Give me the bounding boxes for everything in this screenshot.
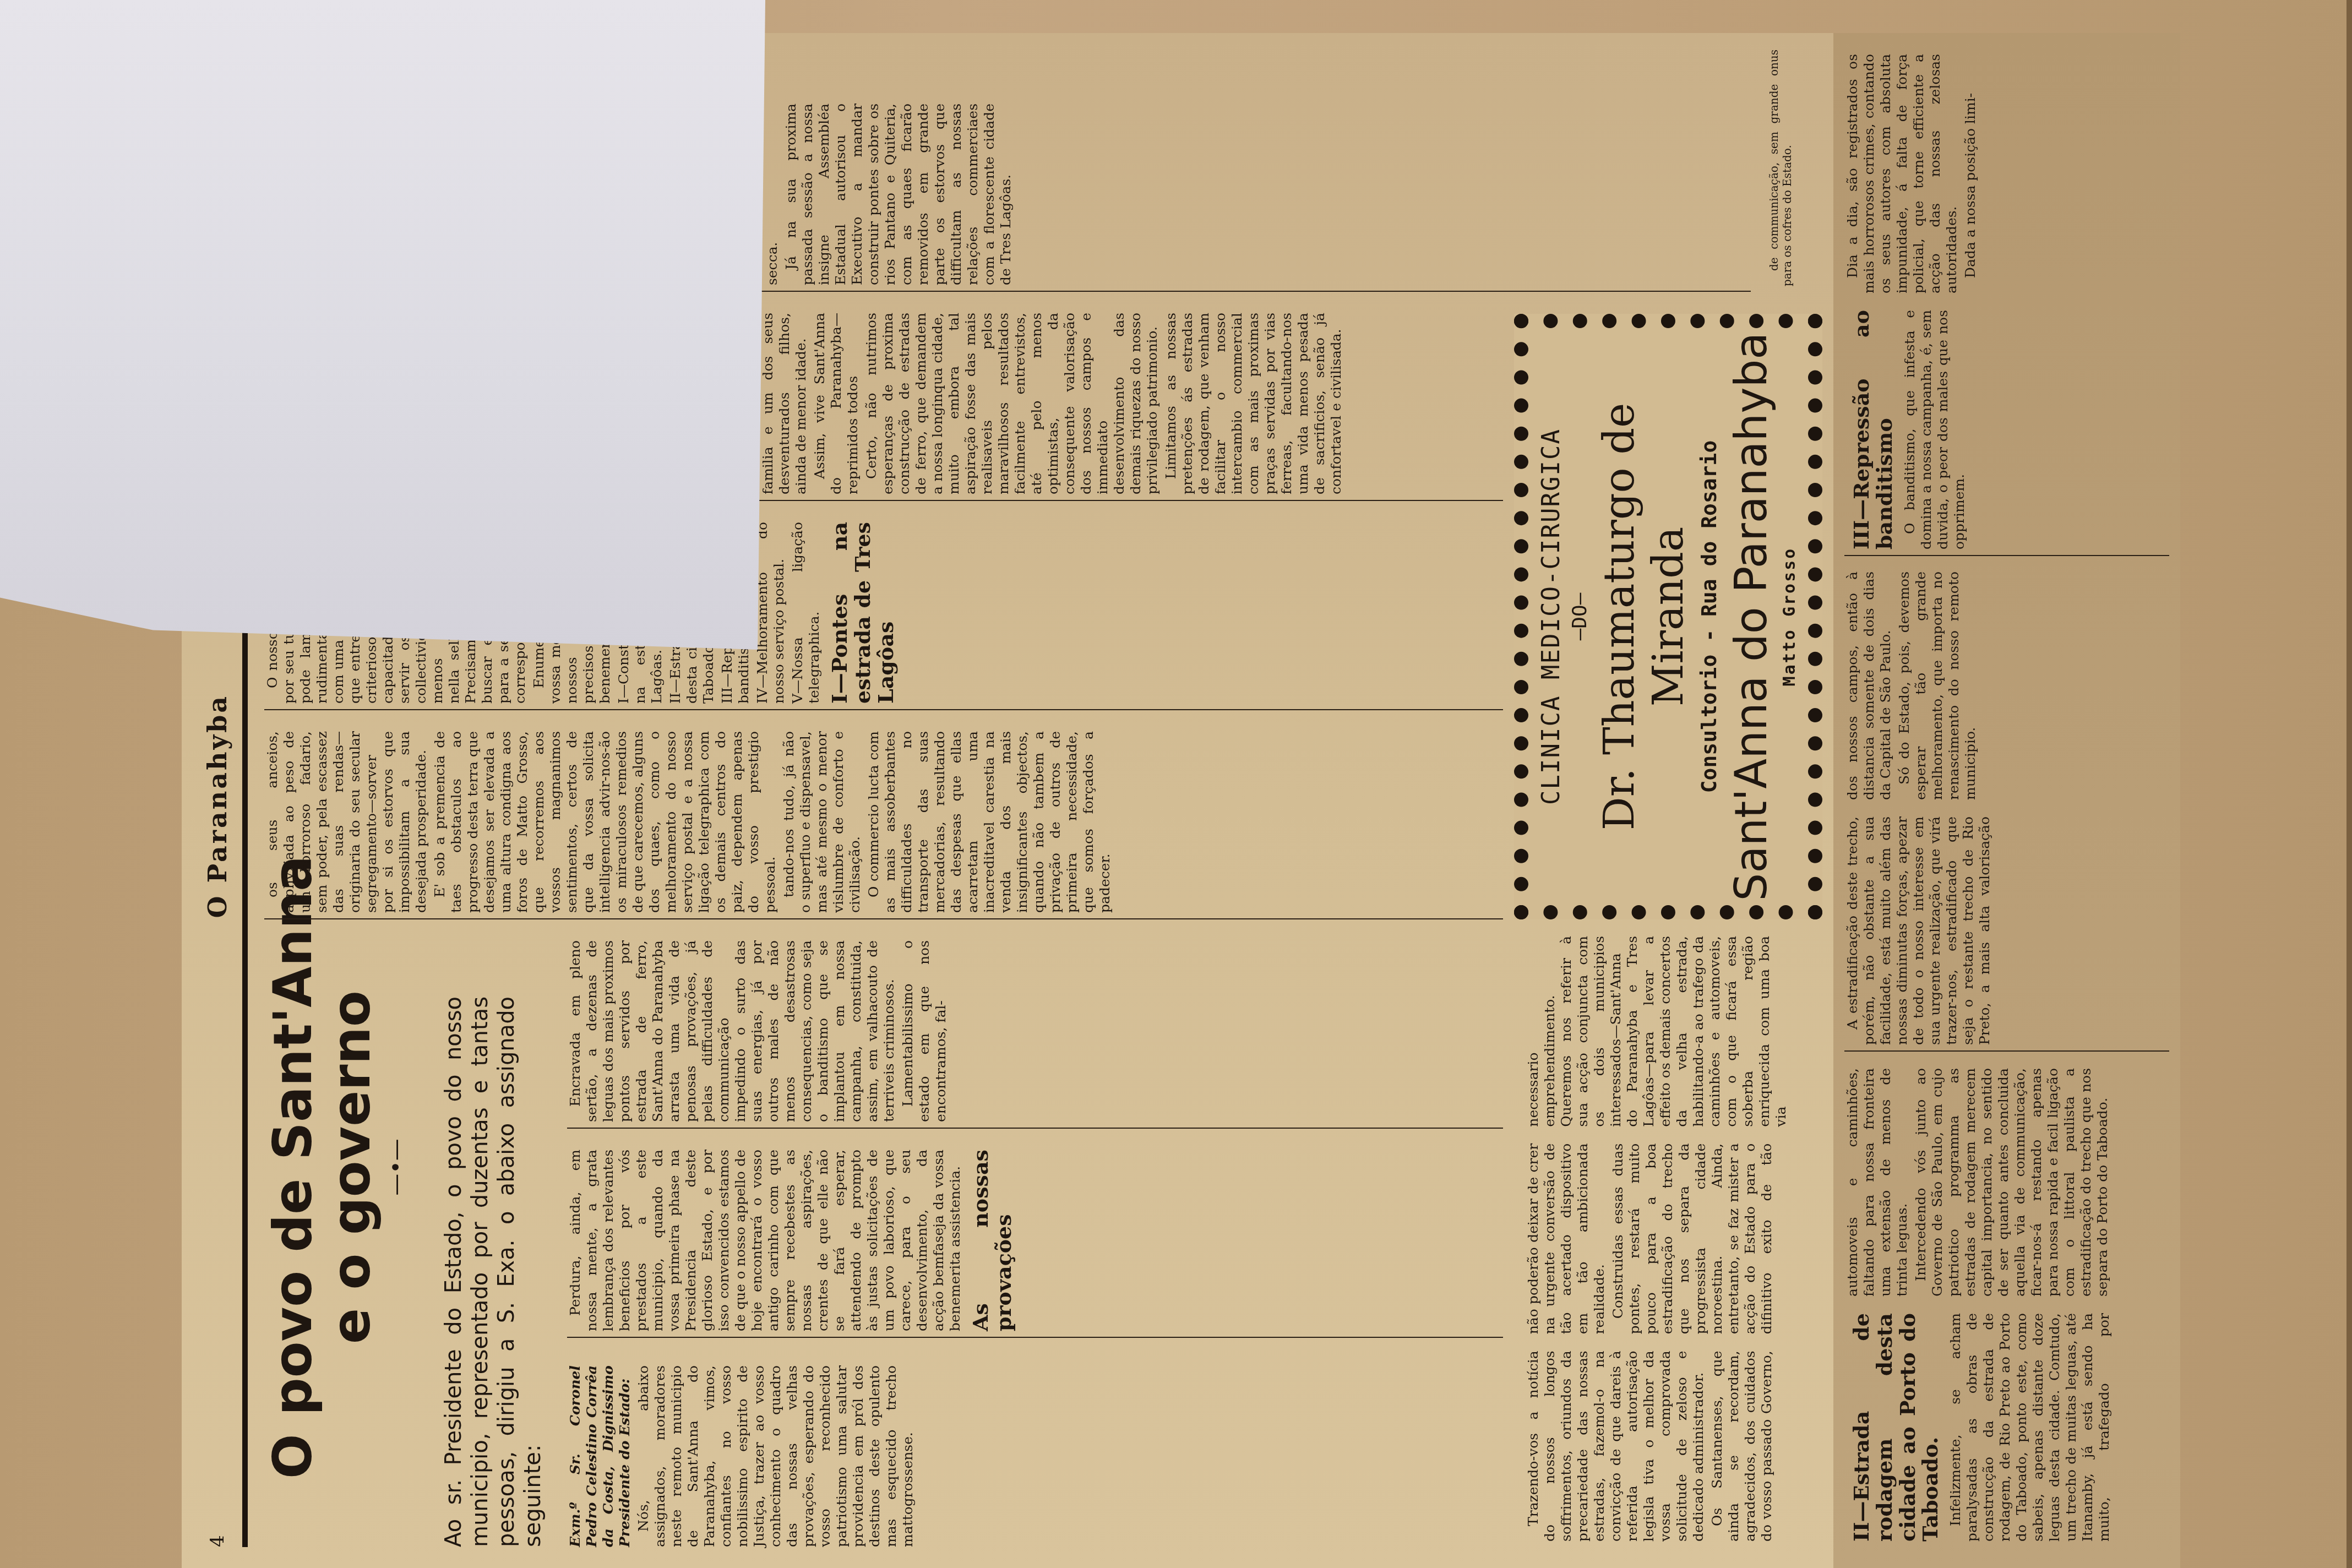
banditismo-section: III—Repressão ao banditismo O banditismo… [1844, 54, 2169, 556]
salutation: Exm.º Sr. Coronel Pedro Celestino Corrêa… [567, 1365, 633, 1547]
estrada-continued: A estradificação deste trecho, porém, nã… [1844, 571, 2169, 1052]
column-2: Perdura, ainda, em nossa mente, a grata … [567, 1150, 1503, 1338]
paragraph: Assim, vive Sant'Anna do Paranahyba—repr… [812, 313, 861, 494]
ad-address: Consultorio - Rua do Rosario [1697, 440, 1721, 793]
page-edge-shadow [2346, 0, 2352, 1568]
column-4: os seus anceios, asphyxiada ao peso de u… [264, 731, 1503, 919]
paragraph: Nós, abaixo assignados, moradores neste … [635, 1365, 916, 1547]
section-heading-pontes: I—Pontes na estrada de Tres Lagôas [828, 522, 897, 704]
ad-doctor-name: Dr. Thaumaturgo de Miranda [1594, 328, 1692, 905]
demand-item: V—Nossa ligação telegraphica. [790, 522, 823, 704]
paragraph: de communicação, sem grande onus para os… [1767, 50, 1794, 286]
paragraph: Encravada em pleno sertão, a dezenas de … [567, 940, 897, 1122]
paragraph: Dia a dia, são registrados os mais horro… [1844, 54, 1960, 293]
paragraph: Só do Estado, pois, devemos esperar tão … [1896, 571, 1979, 800]
ad-state: Matto Grosso [1780, 547, 1799, 687]
paragraph: os seus anceios, asphyxiada ao peso de u… [264, 731, 429, 913]
ad-do: —DO— [1569, 593, 1591, 641]
paragraph: Limitamos as nossas pretenções ás estrad… [1163, 313, 1344, 494]
estrada-section: II—Estrada de rodagem desta cidade ao Po… [1844, 1068, 2169, 1547]
lower-fold: II—Estrada de rodagem desta cidade ao Po… [1833, 33, 2180, 1568]
clinic-advertisement: CLINICA MEDICO-CIRURGICA —DO— Dr. Thauma… [1514, 314, 1822, 919]
column-1: Exm.º Sr. Coronel Pedro Celestino Corrêa… [567, 1365, 1448, 1547]
lower-columns: Trazendo-vos a notícia do nossos longos … [1525, 936, 1822, 1547]
page-number: 4 [206, 1535, 228, 1547]
paragraph: Lamentabilissimo o estado em que nos enc… [900, 940, 949, 1122]
section-heading-banditismo: III—Repressão ao banditismo [1850, 310, 1896, 549]
paragraph: Dada a nossa posição limi- [1962, 54, 1979, 293]
paragraph: O commercio lucta com as mais assoberban… [865, 731, 1113, 913]
column-3: Encravada em pleno sertão, a dezenas de … [567, 940, 1503, 1129]
paragraph: Já na sua proxima passada sessão a nossa… [783, 104, 1014, 285]
paragraph: Perdura, ainda, em nossa mente, a grata … [567, 1150, 963, 1331]
paragraph: Certo, não nutrimos esperanças de proxim… [863, 313, 1161, 494]
paragraph: E' sob a premencia de taes obstaculos ao… [432, 731, 778, 913]
newspaper-title: O Paranahyba [203, 694, 232, 918]
paragraph: tando-nos tudo, já não o superfluo e dis… [781, 731, 863, 913]
estrada-start: de communicação, sem grande onus para os… [1767, 50, 1828, 292]
paragraph: O banditismo, que infesta e domina a nos… [1902, 310, 1968, 549]
ad-city: Sant'Anna do Paranahyba [1725, 333, 1777, 901]
paragraph: Trazendo-vos a notícia do nossos longos … [1525, 1351, 1707, 1542]
article-intro: Ao sr. Presidente do Estado, o povo do n… [440, 997, 546, 1547]
section-heading-provacoes: As nossas provações [969, 1150, 1015, 1331]
section-heading-estrada: II—Estrada de rodagem desta cidade ao Po… [1850, 1313, 1942, 1542]
paragraph: Intercedendo vós junto ao Governo de São… [1913, 1068, 2111, 1297]
ad-clinic-name: CLINICA MEDICO-CIRURGICA [1537, 428, 1565, 805]
tissue-paper-overlay [0, 0, 765, 650]
demand-item: IV—Melhoramento do nosso serviço postal. [754, 522, 787, 704]
